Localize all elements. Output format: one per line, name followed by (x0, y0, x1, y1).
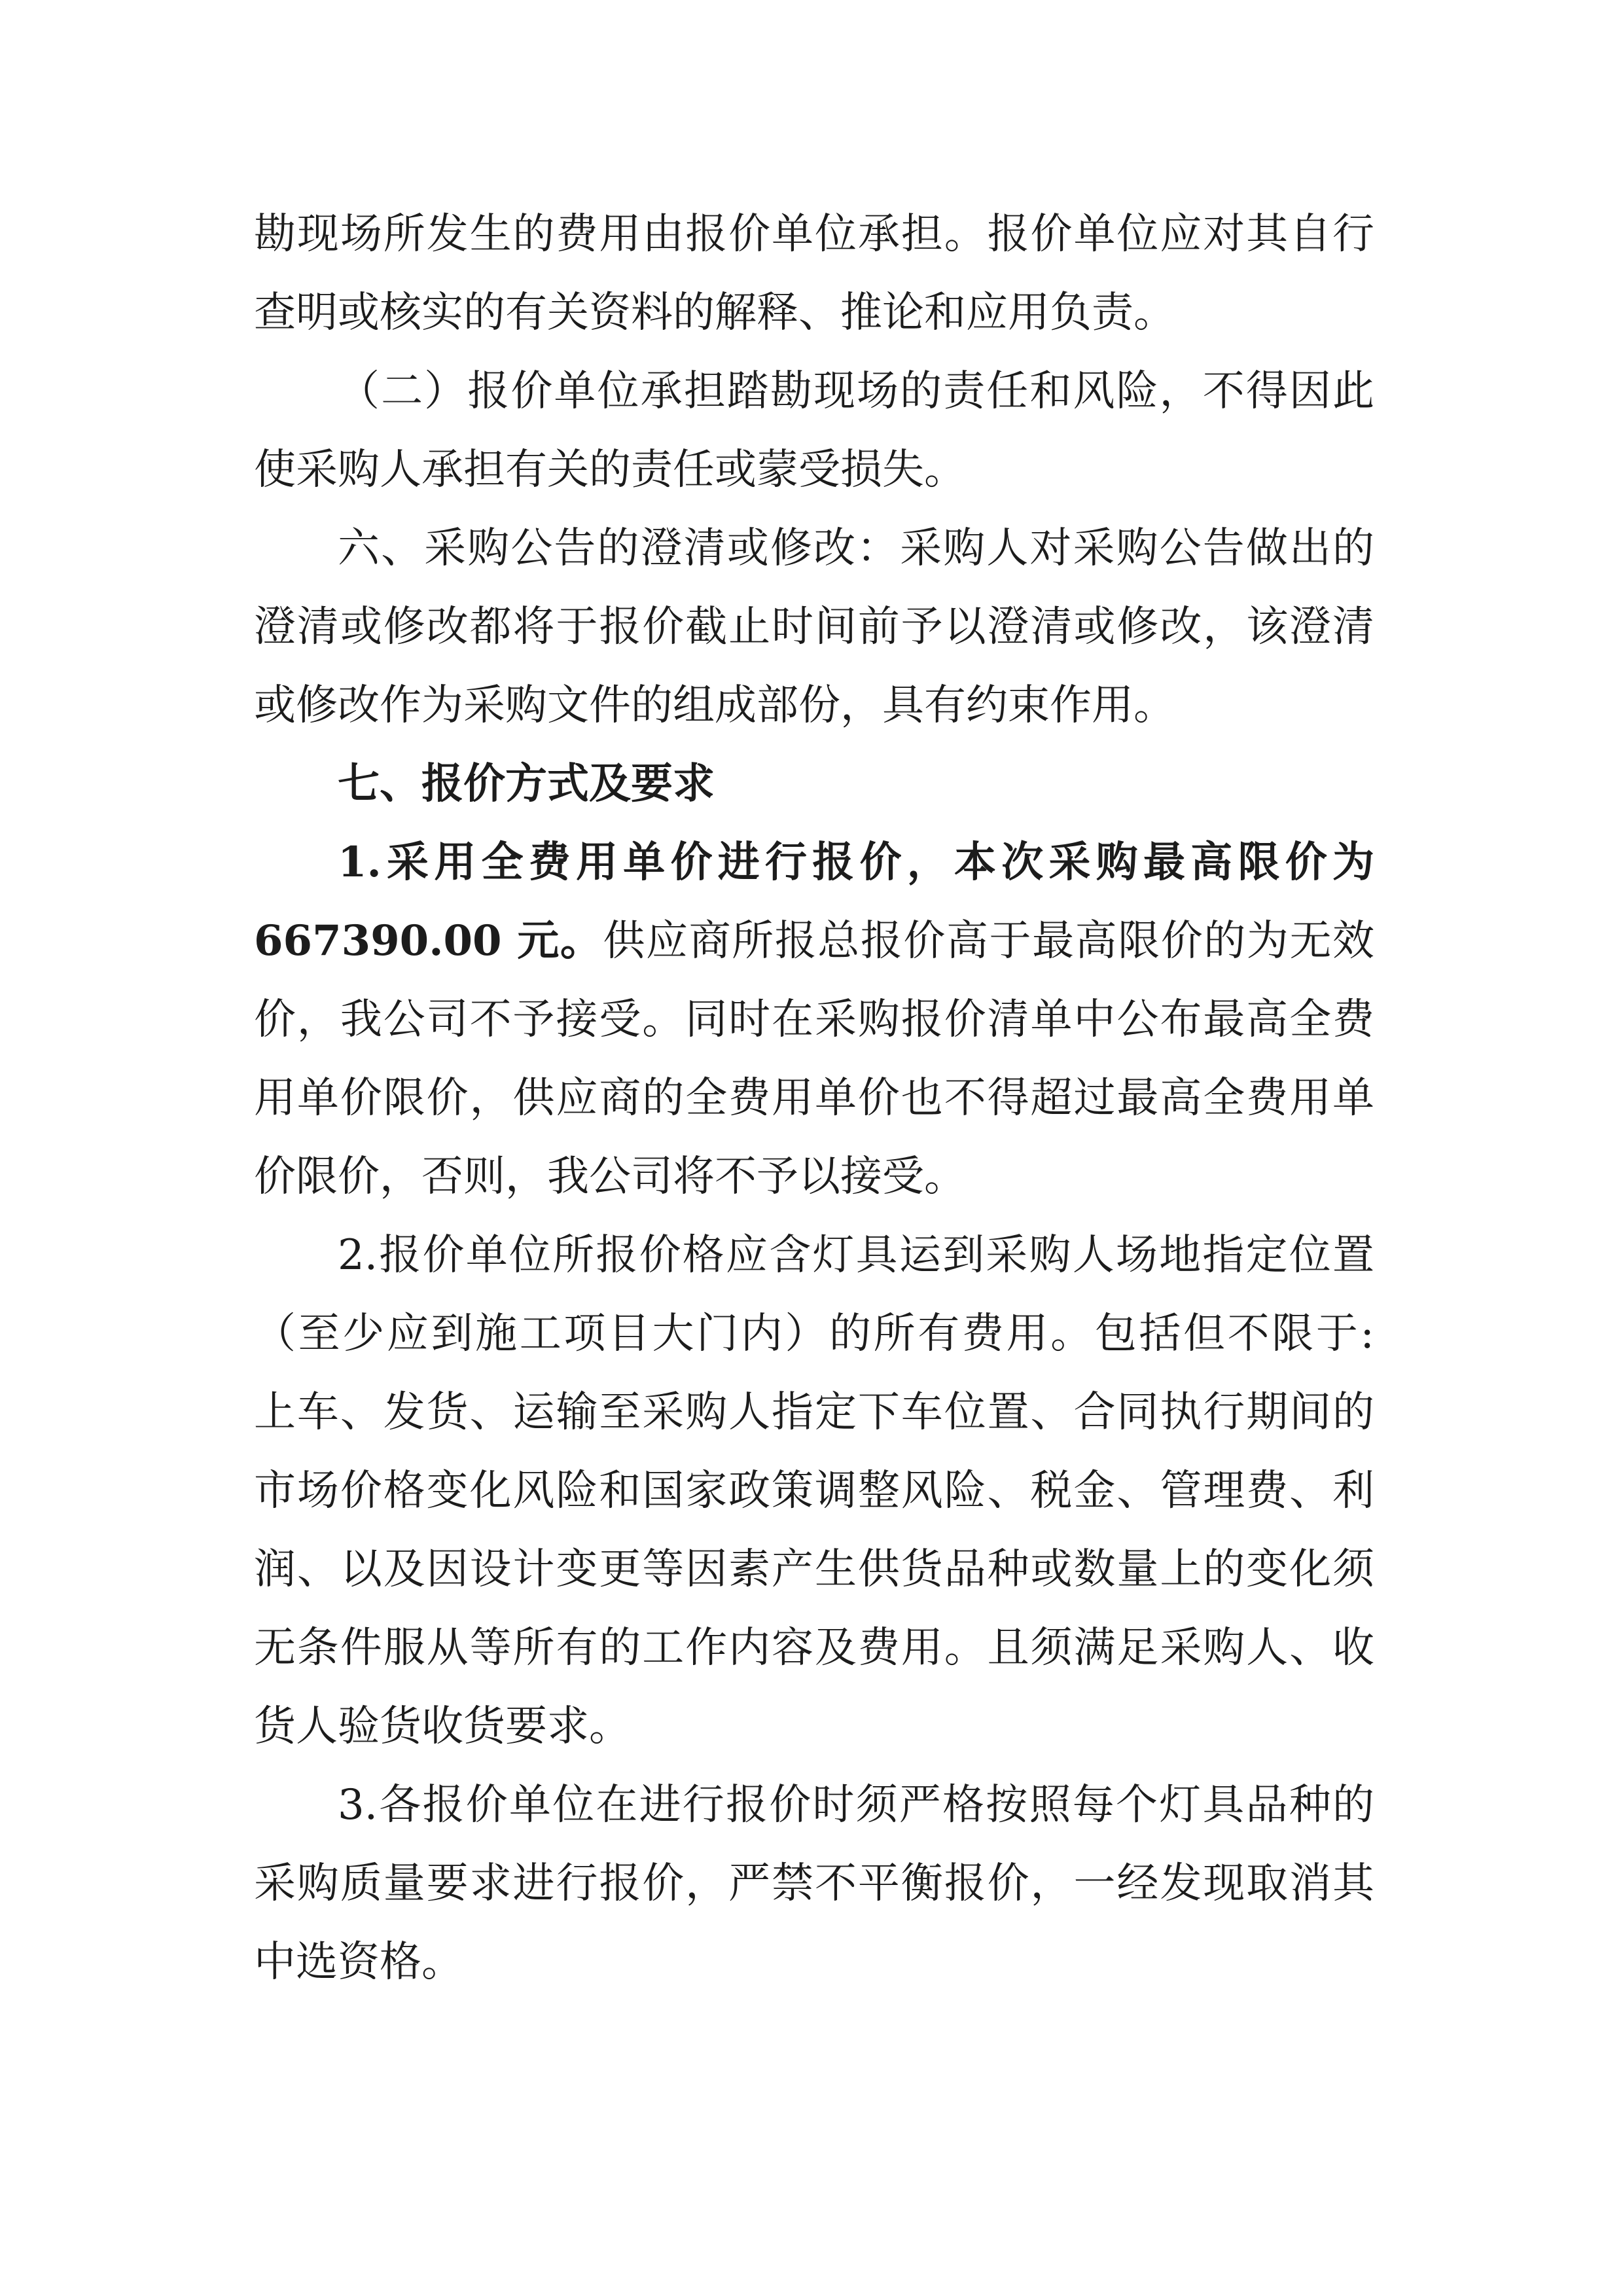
section-7-heading: 七、报价方式及要求 (254, 745, 1374, 823)
text-line: 上车、发货、运输至采购人指定下车位置、合同执行期间的 (254, 1373, 1374, 1452)
text-line: 润、以及因设计变更等因素产生供货品种或数量上的变化须 (254, 1530, 1374, 1609)
section-6-heading-line: 六、采购公告的澄清或修改：采购人对采购公告做出的 (254, 509, 1374, 588)
clause-2-line: 2.报价单位所报价格应含灯具运到采购人场地指定位置 (254, 1216, 1374, 1295)
text-line: （至少应到施工项目大门内）的所有费用。包括但不限于: (254, 1295, 1374, 1373)
text-line: 查明或核实的有关资料的解释、推论和应用负责。 (254, 274, 1374, 352)
text-line: 采购质量要求进行报价，严禁不平衡报价，一经发现取消其 (254, 1844, 1374, 1923)
text-line: 用单价限价，供应商的全费用单价也不得超过最高全费用单 (254, 1059, 1374, 1138)
text-line: 或修改作为采购文件的组成部份，具有约束作用。 (254, 666, 1374, 745)
text-line: 勘现场所发生的费用由报价单位承担。报价单位应对其自行 (254, 195, 1374, 274)
document-page: 勘现场所发生的费用由报价单位承担。报价单位应对其自行 查明或核实的有关资料的解释… (0, 0, 1623, 2296)
text-line: 使采购人承担有关的责任或蒙受损失。 (254, 431, 1374, 509)
text-line: （二）报价单位承担踏勘现场的责任和风险，不得因此 (254, 352, 1374, 431)
text-line: 市场价格变化风险和国家政策调整风险、税金、管理费、利 (254, 1452, 1374, 1530)
max-price-value: 667390.00 元。 (254, 916, 603, 965)
clause-1-line: 1.采用全费用单价进行报价，本次采购最高限价为 (254, 823, 1374, 902)
document-text: 勘现场所发生的费用由报价单位承担。报价单位应对其自行 查明或核实的有关资料的解释… (254, 195, 1374, 2001)
text-line: 无条件服从等所有的工作内容及费用。且须满足采购人、收 (254, 1609, 1374, 1687)
text-line: 货人验货收货要求。 (254, 1687, 1374, 1766)
text-line: 澄清或修改都将于报价截止时间前予以澄清或修改，该澄清 (254, 588, 1374, 666)
text-line: 667390.00 元。供应商所报总报价高于最高限价的为无效报 (254, 902, 1374, 980)
clause-3-line: 3.各报价单位在进行报价时须严格按照每个灯具品种的 (254, 1766, 1374, 1844)
text-line: 价限价，否则，我公司将不予以接受。 (254, 1138, 1374, 1216)
text-line: 价，我公司不予接受。同时在采购报价清单中公布最高全费 (254, 980, 1374, 1059)
text-line: 中选资格。 (254, 1923, 1374, 2001)
